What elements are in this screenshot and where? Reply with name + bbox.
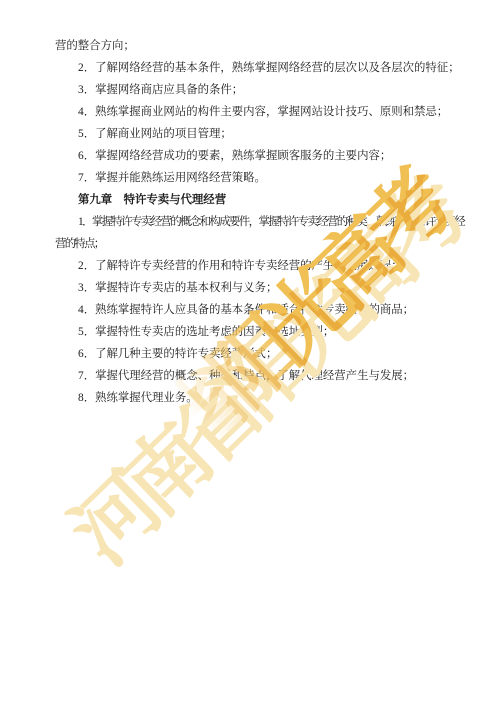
list-item: 3．掌握网络商店应具备的条件； (55, 79, 464, 101)
list-item: 4．熟练掌握特许人应具备的基本条件和适合特性专卖经营的商品； (55, 299, 464, 321)
continuation-line: 营的整合方向； (55, 35, 464, 57)
list-item: 6．掌握网络经营成功的要素，熟练掌握顾客服务的主要内容； (55, 145, 464, 167)
list-item: 1．掌握特许专卖经营的概念和构成要件，掌握特许专卖经营的种类，熟练掌握特许专卖经… (55, 211, 464, 255)
list-item: 5．了解商业网站的项目管理； (55, 123, 464, 145)
list-item: 4．熟练掌握商业网站的构件主要内容，掌握网站设计技巧、原则和禁忌； (55, 101, 464, 123)
list-item: 7．掌握代理经营的概念、种类和特点，了解代理经营产生与发展； (55, 365, 464, 387)
list-item: 3．掌握特许专卖店的基本权利与义务； (55, 277, 464, 299)
list-item: 2．了解特许专卖经营的作用和特许专卖经营的产生与发展过程； (55, 255, 464, 277)
document-content: 营的整合方向；2．了解网络经营的基本条件，熟练掌握网络经营的层次以及各层次的特征… (0, 0, 502, 409)
list-item: 7．掌握并能熟练运用网络经营策略。 (55, 167, 464, 189)
list-item: 2．了解网络经营的基本条件，熟练掌握网络经营的层次以及各层次的特征； (55, 57, 464, 79)
document-page: 营的整合方向；2．了解网络经营的基本条件，熟练掌握网络经营的层次以及各层次的特征… (0, 0, 502, 710)
list-item: 5．掌握特性专卖店的选址考虑的因素和选址类型； (55, 321, 464, 343)
list-item: 8．熟练掌握代理业务。 (55, 387, 464, 409)
chapter-heading: 第九章 特许专卖与代理经营 (55, 189, 464, 211)
list-item: 6．了解几种主要的特许专卖经营形式； (55, 343, 464, 365)
